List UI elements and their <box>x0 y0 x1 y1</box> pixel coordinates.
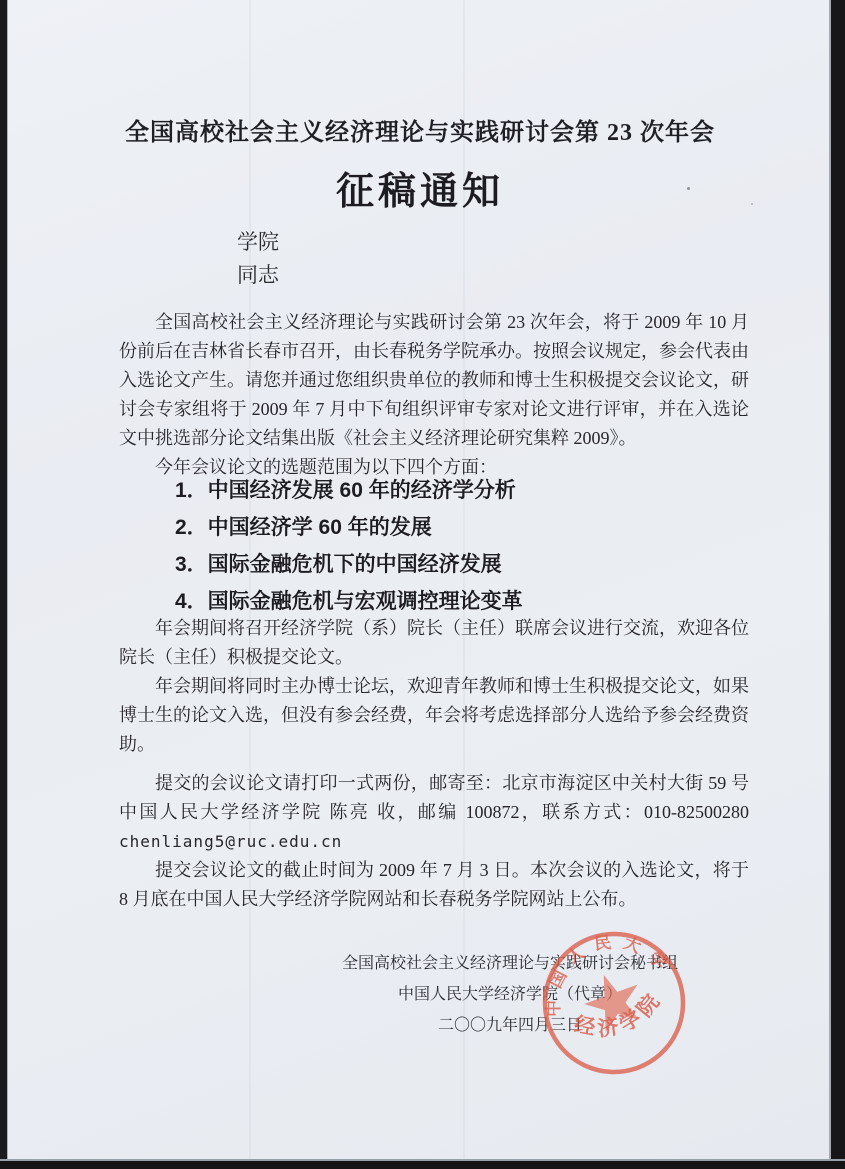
topic-item-3: 3．国际金融危机下的中国经济发展 <box>175 546 749 583</box>
paragraph-deadline: 提交会议论文的截止时间为 2009 年 7 月 3 日。本次会议的入选论文，将于… <box>119 856 749 914</box>
contact-email: chenliang5@ruc.edu.cn <box>119 832 342 851</box>
paragraph-deans-meeting: 年会期间将召开经济学院（系）院长（主任）联席会议进行交流，欢迎各位院长（主任）积… <box>119 614 749 672</box>
topic-item-1: 1．中国经济发展 60 年的经济学分析 <box>175 472 749 509</box>
scan-edge-right <box>829 0 845 1169</box>
scan-edge-bottom <box>0 1159 845 1169</box>
document-subtitle: 征稿通知 <box>60 160 780 215</box>
salutation-line-comrade: 同志 <box>237 259 279 292</box>
topic-item-2: 2．中国经济学 60 年的发展 <box>175 509 749 546</box>
submission-address-text: 提交的会议论文请打印一式两份，邮寄至：北京市海淀区中关村大街 59 号中国人民大… <box>119 773 749 822</box>
letter-body: 全国高校社会主义经济理论与实践研讨会第 23 次年会，将于 2009 年 10 … <box>119 308 749 914</box>
signature-block: 全国高校社会主义经济理论与实践研讨会秘书组 中国人民大学经济学院（代章） 二〇〇… <box>300 948 720 1041</box>
scanned-letter-page: 全国高校社会主义经济理论与实践研讨会第 23 次年会 征稿通知 学院 同志 全国… <box>0 0 845 1169</box>
salutation-block: 学院 同志 <box>237 226 279 292</box>
paragraph-submission-address: 提交的会议论文请打印一式两份，邮寄至：北京市海淀区中关村大街 59 号中国人民大… <box>119 769 749 856</box>
paragraph-doctoral-forum: 年会期间将同时主办博士论坛，欢迎青年教师和博士生积极提交论文，如果博士生的论文入… <box>119 672 749 759</box>
signature-organization: 全国高校社会主义经济理论与实践研讨会秘书组 <box>300 948 720 979</box>
document-title: 全国高校社会主义经济理论与实践研讨会第 23 次年会 <box>60 112 780 147</box>
paragraph-announcement: 全国高校社会主义经济理论与实践研讨会第 23 次年会，将于 2009 年 10 … <box>119 308 749 453</box>
signature-seal-holder: 中国人民大学经济学院（代章） <box>300 979 720 1010</box>
salutation-line-college: 学院 <box>237 226 279 259</box>
signature-date: 二〇〇九年四月三日 <box>300 1010 720 1041</box>
topic-list: 1．中国经济发展 60 年的经济学分析 2．中国经济学 60 年的发展 3．国际… <box>119 472 749 620</box>
scan-edge-left <box>0 0 8 1169</box>
